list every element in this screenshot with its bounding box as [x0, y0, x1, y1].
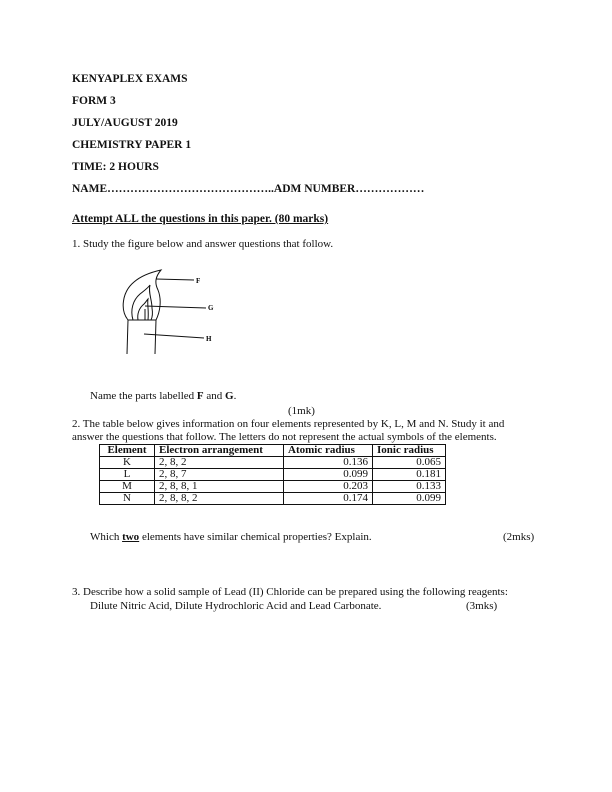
q2-stem-line2: answer the questions that follow. The le…	[72, 431, 497, 443]
cell-ionic-radius: 0.133	[373, 481, 446, 493]
header-atomic-radius: Atomic radius	[284, 445, 373, 457]
name-adm-line: NAME……………………………………..ADM NUMBER………………	[72, 183, 424, 195]
cell-electron-arrangement: 2, 8, 7	[155, 469, 284, 481]
table-row: M 2, 8, 8, 1 0.203 0.133	[100, 481, 446, 493]
header-element: Element	[100, 445, 155, 457]
label-h: H	[206, 335, 212, 343]
cell-atomic-radius: 0.203	[284, 481, 373, 493]
cell-atomic-radius: 0.099	[284, 469, 373, 481]
cell-atomic-radius: 0.174	[284, 493, 373, 505]
header-electron-arrangement: Electron arrangement	[155, 445, 284, 457]
paper-title: CHEMISTRY PAPER 1	[72, 139, 191, 151]
q1-stem: 1. Study the figure below and answer que…	[72, 238, 333, 250]
label-g: G	[208, 304, 214, 312]
exam-time: TIME: 2 HOURS	[72, 161, 159, 173]
q2-marks: (2mks)	[503, 531, 534, 543]
label-f: F	[196, 277, 200, 285]
school-name: KENYAPLEX EXAMS	[72, 73, 188, 85]
exam-session: JULY/AUGUST 2019	[72, 117, 178, 129]
candle-flame-figure: F G H	[100, 262, 240, 362]
header-ionic-radius: Ionic radius	[373, 445, 446, 457]
cell-electron-arrangement: 2, 8, 2	[155, 457, 284, 469]
form-level: FORM 3	[72, 95, 116, 107]
elements-table: Element Electron arrangement Atomic radi…	[99, 444, 446, 505]
q1-marks: (1mk)	[288, 405, 315, 417]
cell-ionic-radius: 0.065	[373, 457, 446, 469]
q2-question: Which two elements have similar chemical…	[90, 531, 372, 543]
table-row: L 2, 8, 7 0.099 0.181	[100, 469, 446, 481]
q3-line2: Dilute Nitric Acid, Dilute Hydrochloric …	[90, 600, 381, 612]
table-row: N 2, 8, 8, 2 0.174 0.099	[100, 493, 446, 505]
table-header-row: Element Electron arrangement Atomic radi…	[100, 445, 446, 457]
cell-element: K	[100, 457, 155, 469]
q3-marks: (3mks)	[466, 600, 497, 612]
cell-electron-arrangement: 2, 8, 8, 2	[155, 493, 284, 505]
cell-electron-arrangement: 2, 8, 8, 1	[155, 481, 284, 493]
cell-element: L	[100, 469, 155, 481]
cell-ionic-radius: 0.099	[373, 493, 446, 505]
cell-atomic-radius: 0.136	[284, 457, 373, 469]
cell-element: M	[100, 481, 155, 493]
instructions: Attempt ALL the questions in this paper.…	[72, 213, 328, 225]
cell-element: N	[100, 493, 155, 505]
q3-line1: 3. Describe how a solid sample of Lead (…	[72, 586, 508, 598]
q1-question: Name the parts labelled F and G.	[90, 390, 236, 402]
q2-stem-line1: 2. The table below gives information on …	[72, 418, 504, 430]
table-row: K 2, 8, 2 0.136 0.065	[100, 457, 446, 469]
cell-ionic-radius: 0.181	[373, 469, 446, 481]
